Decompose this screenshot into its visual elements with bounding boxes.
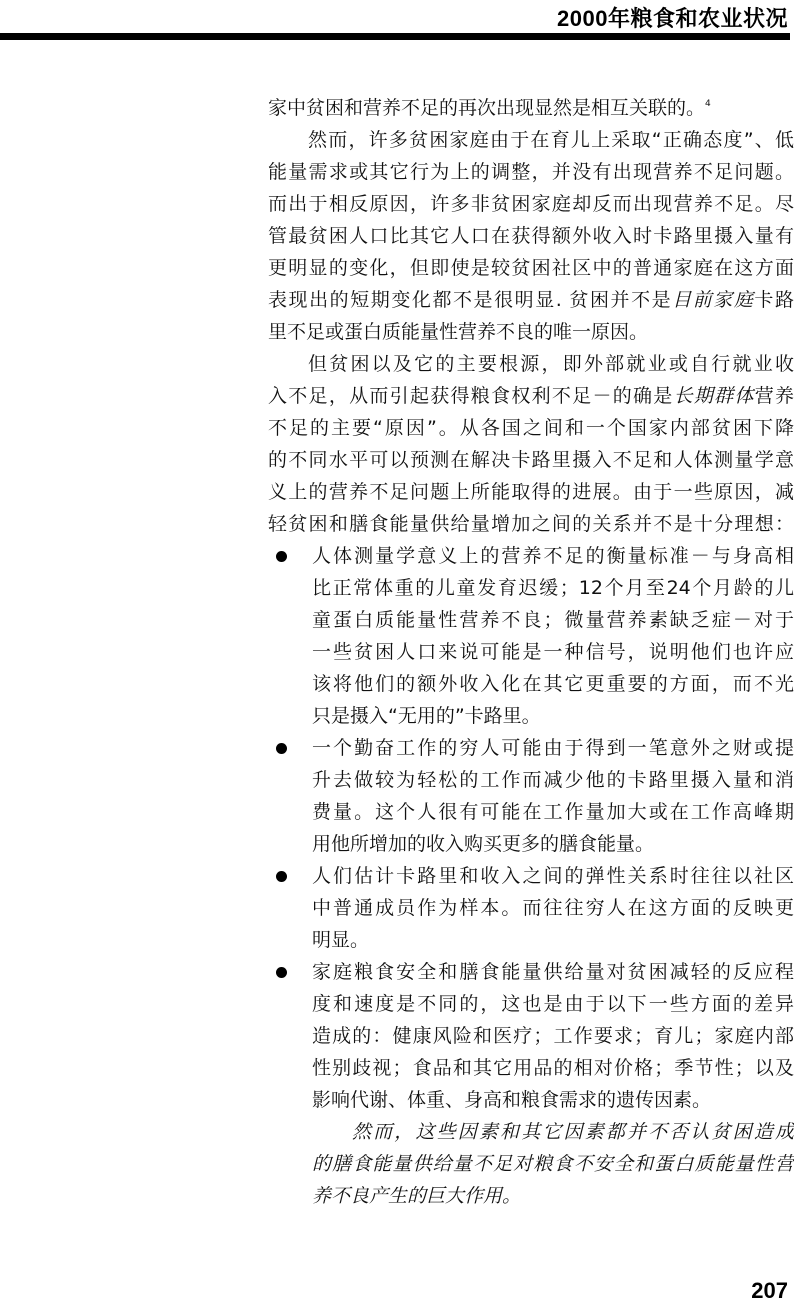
header-rule	[0, 33, 790, 40]
list-item: 家庭粮食安全和膳食能量供给量对贫困减轻的反应程 度和速度是不同的，这也是由于以下…	[268, 956, 794, 1116]
text-line: 不足的主要“原因”。从各国之间和一个国家内部贫困下降	[268, 412, 794, 444]
text-line: 只是摄入“无用的”卡路里。	[268, 700, 794, 732]
bullet-list: 人体测量学意义上的营养不足的衡量标准－与身高相 比正常体重的儿童发育迟缓；12个…	[268, 540, 794, 1116]
text-line: 比正常体重的儿童发育迟缓；12个月至24个月龄的儿	[268, 572, 794, 604]
header-title: 2000年粮食和农业状况	[557, 2, 788, 33]
footnote-marker[interactable]: 4	[705, 99, 711, 109]
page-number: 207	[751, 1278, 788, 1304]
text-line: 童蛋白质能量性营养不良；微量营养素缺乏症－对于	[268, 604, 794, 636]
text-line: 性别歧视；食品和其它用品的相对价格；季节性；以及	[268, 1052, 794, 1084]
text-line: 义上的营养不足问题上所能取得的进展。由于一些原因，减	[268, 476, 794, 508]
text-line: 更明显的变化，但即使是较贫困社区中的普通家庭在这方面	[268, 252, 794, 284]
text-line: 该将他们的额外收入化在其它更重要的方面，而不光	[268, 668, 794, 700]
text-line: 人体测量学意义上的营养不足的衡量标准－与身高相	[268, 540, 794, 572]
conclusion-paragraph: 然而，这些因素和其它因素都并不否认贫困造成 的膳食能量供给量不足对粮食不安全和蛋…	[268, 1116, 794, 1212]
text-line: 但贫困以及它的主要根源，即外部就业或自行就业收	[268, 348, 794, 380]
text-line: 家中贫困和营养不足的再次出现显然是相互关联的。4	[268, 92, 794, 124]
emphasis-text: 长期群体	[674, 385, 755, 407]
text-line: 用他所增加的收入购买更多的膳食能量。	[268, 828, 794, 860]
body-text: 家中贫困和营养不足的再次出现显然是相互关联的。4 然而，许多贫困家庭由于在育儿上…	[268, 92, 794, 1212]
text-line: 人们估计卡路里和收入之间的弹性关系时往往以社区	[268, 860, 794, 892]
text-line: 一个勤奋工作的穷人可能由于得到一笔意外之财或提	[268, 732, 794, 764]
text-line: 养不良产生的巨大作用。	[268, 1180, 794, 1212]
text-span: 卡路	[754, 289, 794, 311]
text-line: 入不足，从而引起获得粮食权利不足－的确是长期群体营养	[268, 380, 794, 412]
text-line: 影响代谢、体重、身高和粮食需求的遗传因素。	[268, 1084, 794, 1116]
text-line: 的膳食能量供给量不足对粮食不安全和蛋白质能量性营	[268, 1148, 794, 1180]
text-span: 家中贫困和营养不足的再次出现显然是相互关联的。	[268, 97, 705, 119]
text-line: 而出于相反原因，许多非贫困家庭却反而出现营养不足。尽	[268, 188, 794, 220]
text-span: 一个勤奋工作的穷人可能由于得到一笔意外之财或提	[312, 737, 794, 759]
text-line: 造成的：健康风险和医疗；工作要求；育儿；家庭内部	[268, 1020, 794, 1052]
text-line: 然而，许多贫困家庭由于在育儿上采取“正确态度”、低	[268, 124, 794, 156]
list-item: 一个勤奋工作的穷人可能由于得到一笔意外之财或提 升去做较为轻松的工作而减少他的卡…	[268, 732, 794, 860]
emphasis-text: 目前家庭	[672, 289, 754, 311]
paragraph: 然而，许多贫困家庭由于在育儿上采取“正确态度”、低 能量需求或其它行为上的调整，…	[268, 124, 794, 348]
bullet-icon	[276, 967, 287, 978]
bullet-icon	[276, 551, 287, 562]
text-line: 轻贫困和膳食能量供给量增加之间的关系并不是十分理想：	[268, 508, 794, 540]
text-line: 费量。这个人很有可能在工作量加大或在工作高峰期	[268, 796, 794, 828]
text-line: 表现出的短期变化都不是很明显. 贫困并不是目前家庭卡路	[268, 284, 794, 316]
text-span: 人们估计卡路里和收入之间的弹性关系时往往以社区	[312, 865, 794, 887]
list-item: 人们估计卡路里和收入之间的弹性关系时往往以社区 中普通成员作为样本。而往往穷人在…	[268, 860, 794, 956]
text-span: 表现出的短期变化都不是很明显. 贫困并不是	[268, 289, 672, 311]
text-line: 然而，这些因素和其它因素都并不否认贫困造成	[268, 1116, 794, 1148]
text-line: 里不足或蛋白质能量性营养不良的唯一原因。	[268, 316, 794, 348]
text-line: 管最贫困人口比其它人口在获得额外收入时卡路里摄入量有	[268, 220, 794, 252]
text-span: 营养	[755, 385, 794, 407]
text-line: 升去做较为轻松的工作而减少他的卡路里摄入量和消	[268, 764, 794, 796]
text-line: 度和速度是不同的，这也是由于以下一些方面的差异	[268, 988, 794, 1020]
text-line: 中普通成员作为样本。而往往穷人在这方面的反映更	[268, 892, 794, 924]
text-line: 的不同水平可以预测在解决卡路里摄入不足和人体测量学意	[268, 444, 794, 476]
paragraph-continued: 家中贫困和营养不足的再次出现显然是相互关联的。4	[268, 92, 794, 124]
text-line: 明显。	[268, 924, 794, 956]
paragraph: 但贫困以及它的主要根源，即外部就业或自行就业收 入不足，从而引起获得粮食权利不足…	[268, 348, 794, 540]
bullet-icon	[276, 871, 287, 882]
text-span: 人体测量学意义上的营养不足的衡量标准－与身高相	[312, 545, 794, 567]
bullet-icon	[276, 743, 287, 754]
text-line: 家庭粮食安全和膳食能量供给量对贫困减轻的反应程	[268, 956, 794, 988]
list-item: 人体测量学意义上的营养不足的衡量标准－与身高相 比正常体重的儿童发育迟缓；12个…	[268, 540, 794, 732]
text-line: 一些贫困人口来说可能是一种信号，说明他们也许应	[268, 636, 794, 668]
text-line: 能量需求或其它行为上的调整，并没有出现营养不足问题。	[268, 156, 794, 188]
text-span: 入不足，从而引起获得粮食权利不足－的确是	[268, 385, 674, 407]
text-span: 家庭粮食安全和膳食能量供给量对贫困减轻的反应程	[312, 961, 794, 983]
